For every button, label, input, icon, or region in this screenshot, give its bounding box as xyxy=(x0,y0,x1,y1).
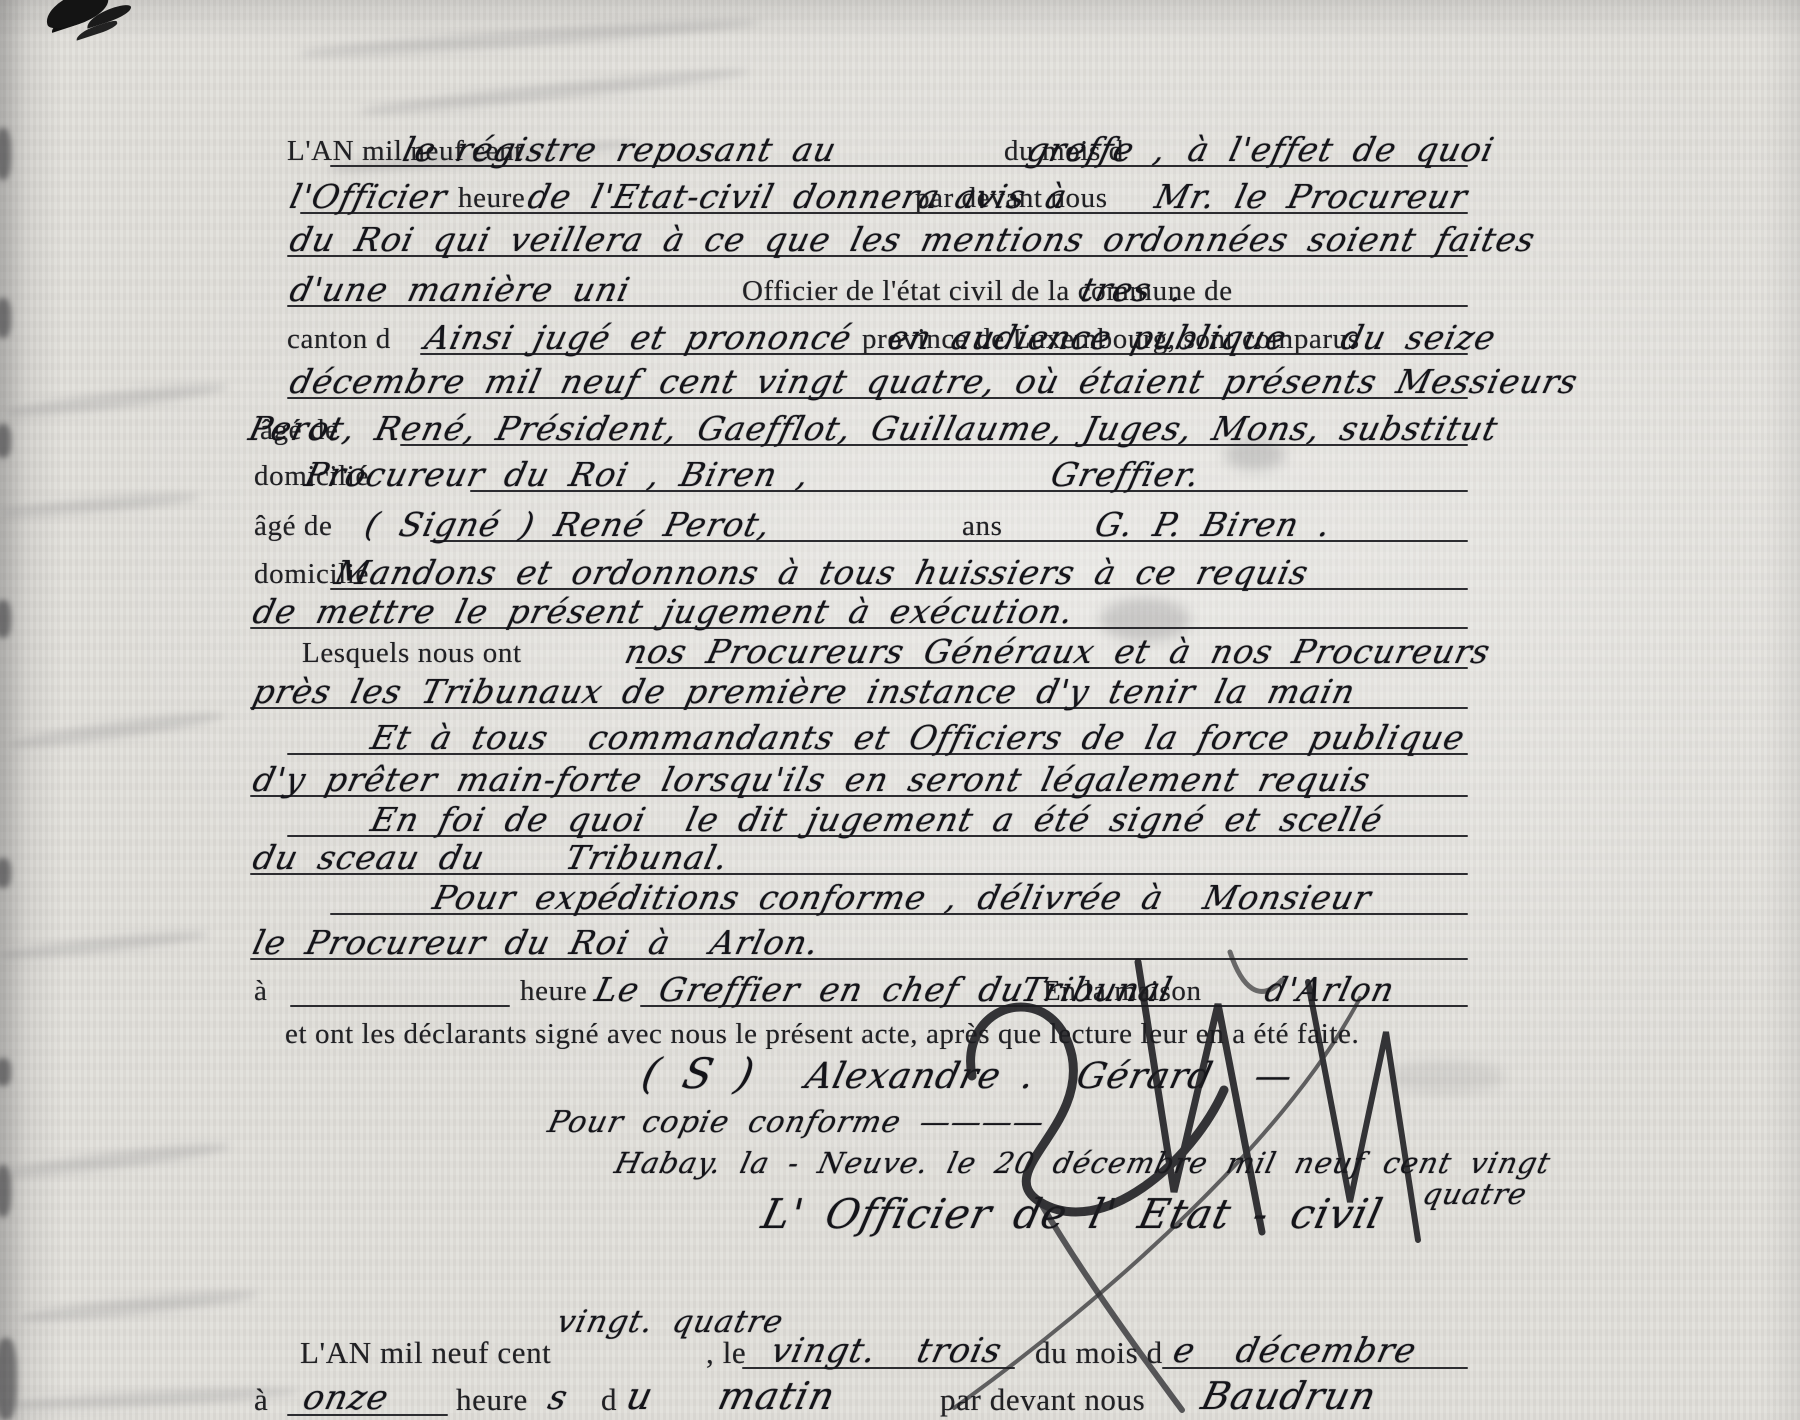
document-line: domiciliéProcureur du Roi , Biren ,Greff… xyxy=(0,442,1800,492)
document-line: L'AN mil neuf centvingt. quatre, levingt… xyxy=(0,1319,1800,1369)
document-line: L'AN mil neuf centle régistre reposant a… xyxy=(0,117,1800,167)
handwritten-text: Greffier. xyxy=(1048,458,1203,491)
handwritten-text: u matin xyxy=(623,1377,839,1415)
document-line: du Roi qui veillera à ce que les mention… xyxy=(0,207,1800,257)
document-line: près les Tribunaux de première instance … xyxy=(0,659,1800,709)
handwritten-text: vingt. quatre xyxy=(554,1307,786,1338)
handwritten-text: Baudrun xyxy=(1198,1377,1380,1415)
document-page: L'AN mil neuf centle régistre reposant a… xyxy=(0,0,1800,1420)
bleedthrough-mark xyxy=(300,14,760,62)
handwritten-text: onze xyxy=(300,1381,392,1415)
bleedthrough-mark xyxy=(360,64,749,120)
handwritten-text: Perot, René, Président, Gaefflot, Guilla… xyxy=(246,412,1501,445)
document-line: L' Officier de l' Etat - civil xyxy=(0,1186,1800,1236)
printed-form-text: et ont les déclarants signé avec nous le… xyxy=(285,1020,1359,1049)
document-line: âgé dePerot, René, Président, Gaefflot, … xyxy=(0,396,1800,446)
handwritten-text: le régistre reposant au xyxy=(400,133,840,166)
document-line: àonzeheuresdu matinpar devant nousBaudru… xyxy=(0,1366,1800,1416)
handwritten-text: décembre mil neuf cent vingt quatre, où … xyxy=(287,365,1581,398)
document-line: et ont les déclarants signé avec nous le… xyxy=(0,1000,1800,1050)
printed-form-text: à xyxy=(254,1384,268,1415)
printed-form-text: âgé de xyxy=(254,512,332,541)
document-line: âgé de( Signé ) René Perot,ansG. P. Bire… xyxy=(0,492,1800,542)
handwritten-text: L' Officier de l' Etat - civil xyxy=(758,1194,1387,1235)
handwritten-text: e décembre xyxy=(1170,1334,1420,1368)
handwritten-text: le Procureur du Roi à Arlon. xyxy=(250,926,823,959)
handwritten-text: ( Signé ) René Perot, xyxy=(362,508,774,541)
document-line: décembre mil neuf cent vingt quatre, où … xyxy=(0,349,1800,399)
document-line: canton dAinsi jugé et prononcéprovince d… xyxy=(0,305,1800,355)
handwritten-text: greffe , xyxy=(1024,133,1170,166)
printed-form-text: du mois d xyxy=(1035,1337,1163,1368)
document-line: d'une manière uniOfficier de l'état civi… xyxy=(0,257,1800,307)
handwritten-text: Procureur du Roi , Biren , xyxy=(302,458,813,491)
handwritten-text: près les Tribunaux de première instance … xyxy=(250,675,1359,708)
handwritten-text: G. P. Biren . xyxy=(1092,508,1335,541)
handwritten-text: d'une manière uni xyxy=(287,273,634,306)
handwritten-text: s xyxy=(545,1381,571,1415)
document-line: Pour expéditions conforme , délivrée à M… xyxy=(0,865,1800,915)
ink-blot xyxy=(41,0,113,33)
printed-form-text: heure xyxy=(456,1384,528,1415)
handwritten-text: vingt. trois xyxy=(768,1334,1005,1368)
document-line: le Procureur du Roi à Arlon. xyxy=(0,910,1800,960)
printed-form-text: d xyxy=(601,1384,617,1415)
printed-form-text: ans xyxy=(962,512,1002,541)
printed-form-text: L'AN mil neuf cent xyxy=(300,1337,551,1368)
printed-form-text: , le xyxy=(706,1337,746,1368)
printed-form-text: par devant nous xyxy=(940,1384,1145,1415)
handwritten-text: tres . xyxy=(1078,273,1187,306)
handwritten-text: du Roi qui veillera à ce que les mention… xyxy=(287,223,1539,256)
handwritten-text: à l'effet de quoi xyxy=(1185,133,1498,166)
